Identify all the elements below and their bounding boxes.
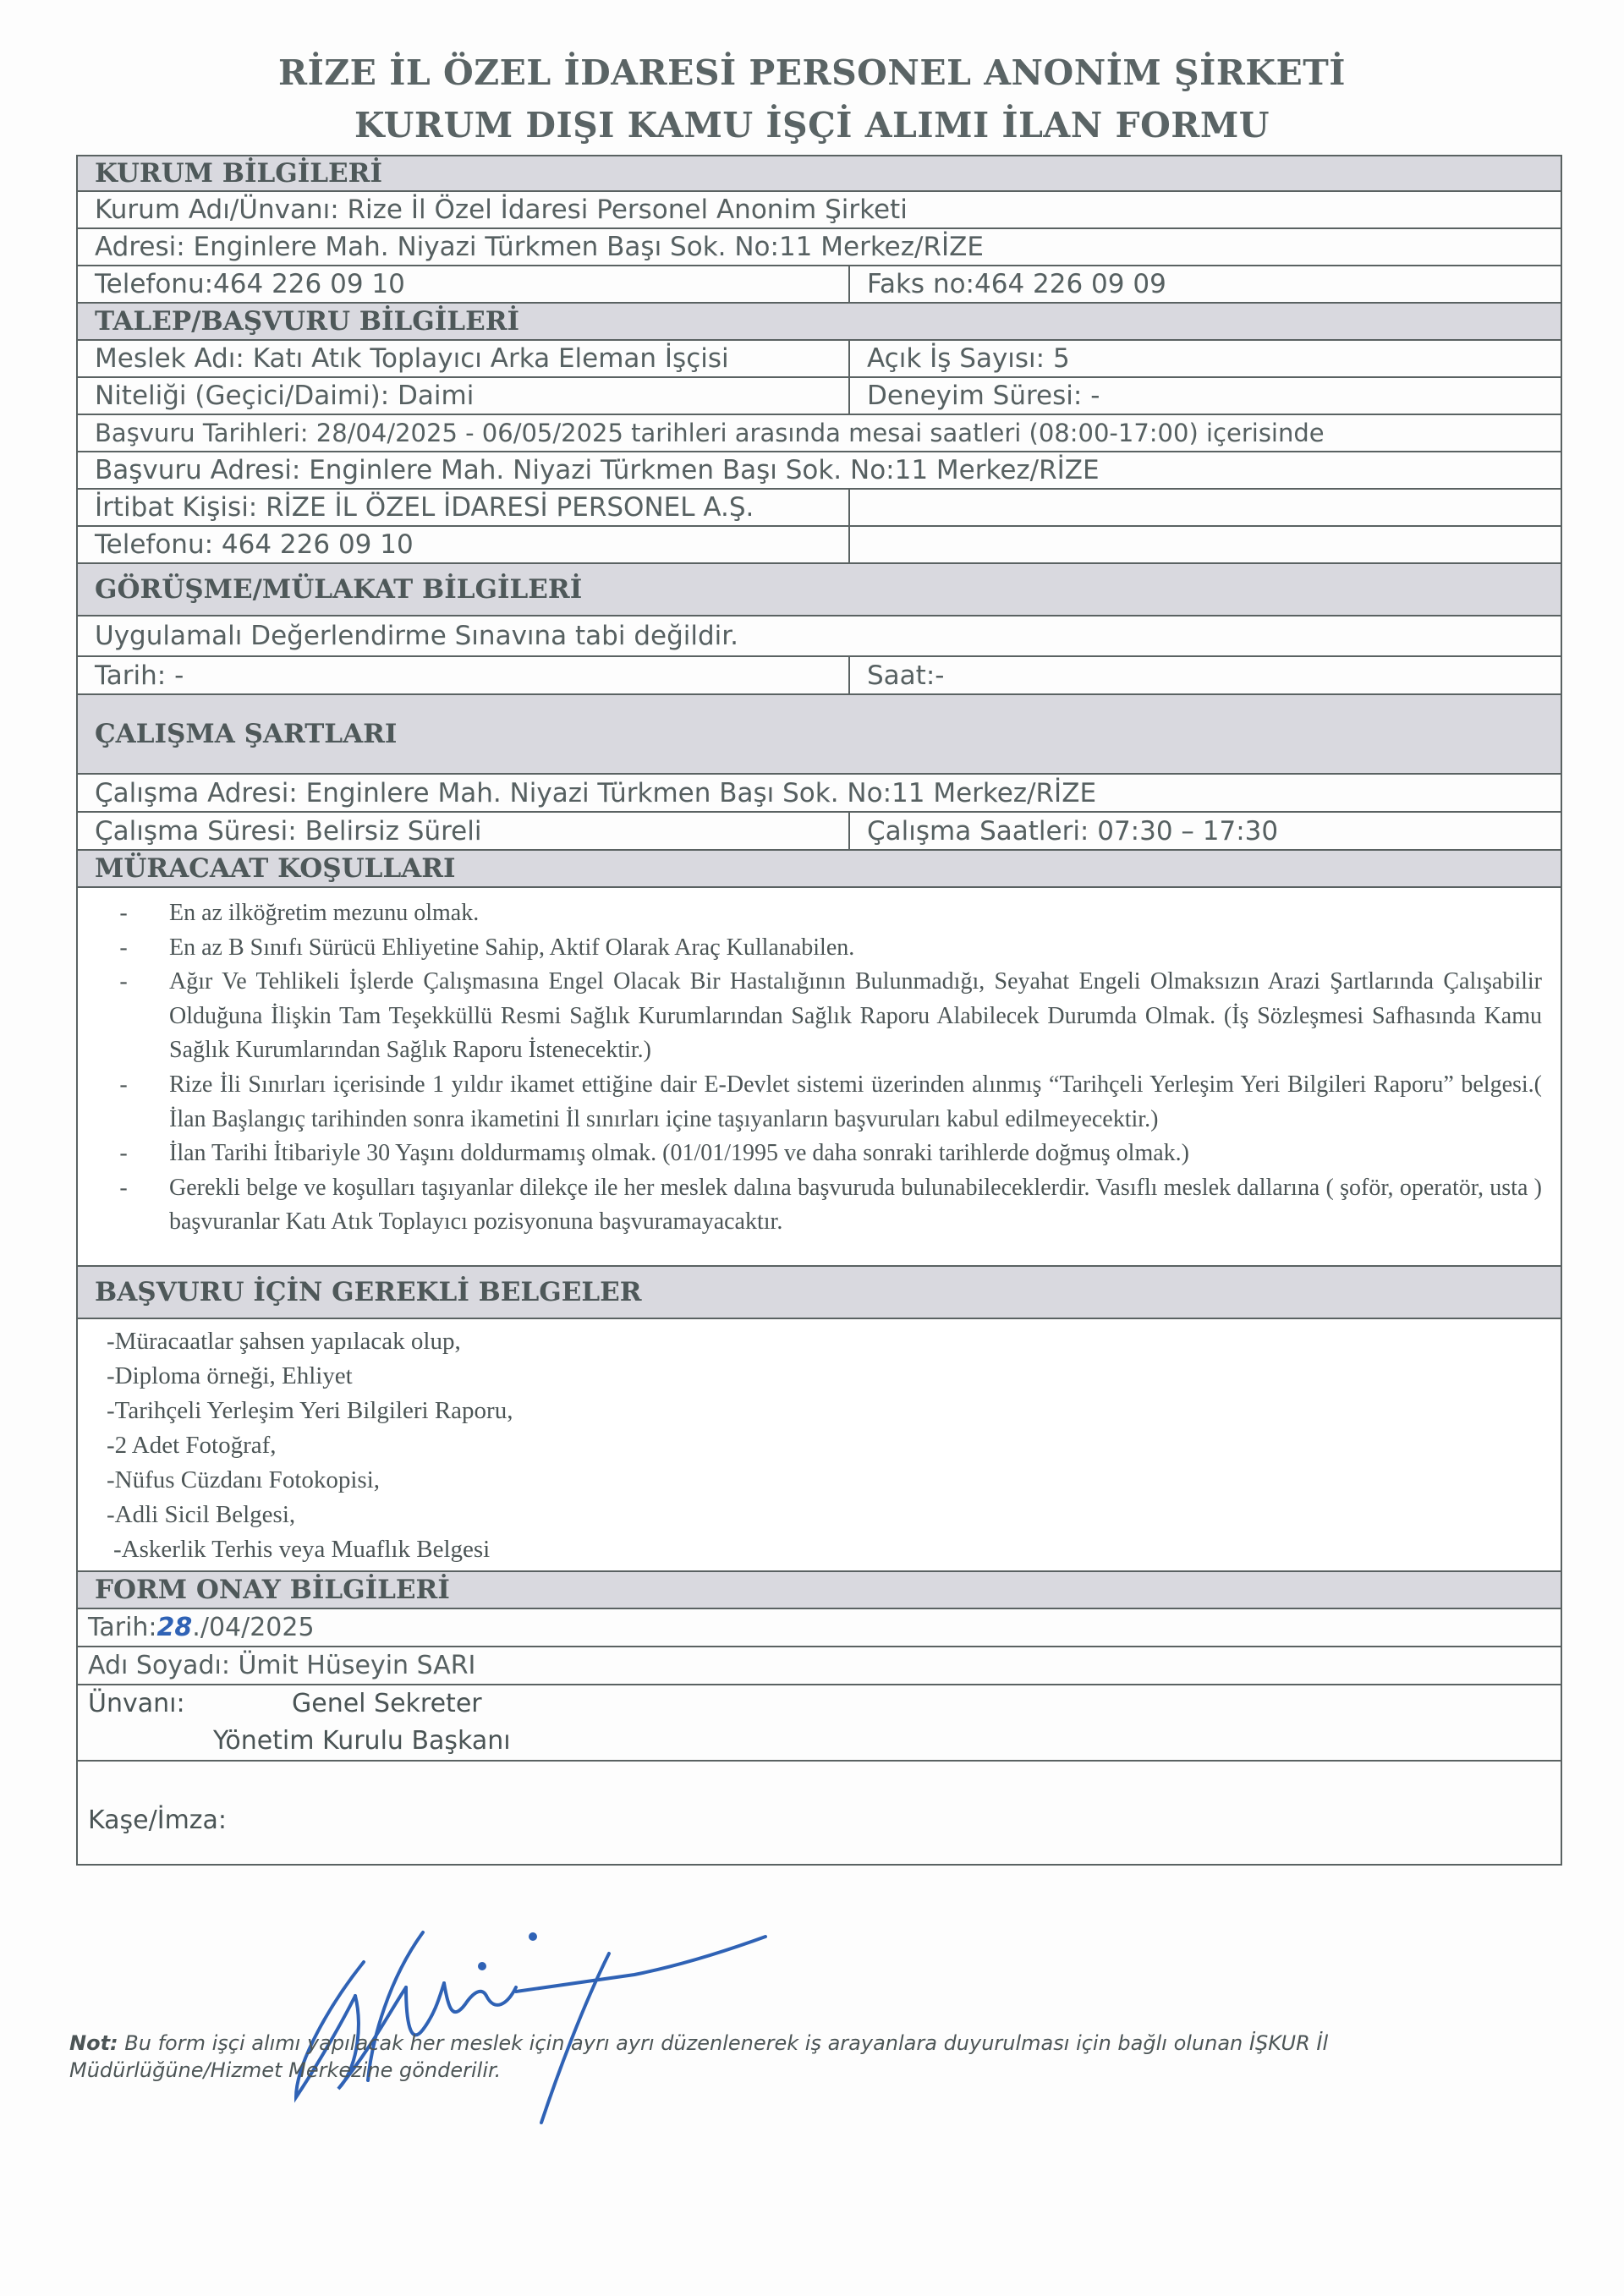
kurum-telefon: Telefonu:464 226 09 10 [78,266,850,302]
unvan-label: Ünvanı: [88,1689,185,1718]
unvan-value-2: Yönetim Kurulu Başkanı [213,1726,511,1756]
form-row: Kaşe/İmza: [78,1762,1561,1866]
form-row: Tarih:28./04/2025 [78,1609,1561,1647]
deneyim-suresi: Deneyim Süresi: - [850,378,1561,414]
list-item: -Rize İli Sınırları içerisinde 1 yıldır … [78,1068,1542,1137]
kurum-adres: Adresi: Enginlere Mah. Niyazi Türkmen Ba… [78,229,1561,265]
form-row: Niteliği (Geçici/Daimi): Daimi Deneyim S… [78,378,1561,415]
calisma-suresi: Çalışma Süresi: Belirsiz Süreli [78,813,850,849]
list-item: -Tarihçeli Yerleşim Yeri Bilgileri Rapor… [107,1394,1561,1428]
gorusme-saat: Saat:- [850,657,1561,693]
signature-icon [279,1903,787,2131]
document-title-line2: KURUM DIŞI KAMU İŞÇİ ALIMI İLAN FORMU [0,105,1624,145]
section-header-belgeler: BAŞVURU İÇİN GEREKLİ BELGELER [78,1267,1561,1319]
section-title: TALEP/BAŞVURU BİLGİLERİ [78,304,1561,339]
kurum-faks: Faks no:464 226 09 09 [850,266,1561,302]
sinav-bilgisi: Uygulamalı Değerlendirme Sınavına tabi d… [78,616,1561,655]
note-text: Bu form işçi alımı yapılacak her meslek … [69,2031,1328,2082]
list-item: -En az ilköğretim mezunu olmak. [78,896,1542,931]
meslek-adi: Meslek Adı: Katı Atık Toplayıcı Arka Ele… [78,341,850,376]
form-row: Tarih: - Saat:- [78,657,1561,695]
empty-cell [850,490,1561,525]
kurum-adi: Kurum Adı/Ünvanı: Rize İl Özel İdaresi P… [78,192,1561,227]
onay-tarih: Tarih:28./04/2025 [78,1609,1561,1646]
section-title: FORM ONAY BİLGİLERİ [78,1572,1561,1608]
form-row: İrtibat Kişisi: RİZE İL ÖZEL İDARESİ PER… [78,490,1561,527]
list-item: -Gerekli belge ve koşulları taşıyanlar d… [78,1171,1542,1240]
section-header-muracaat: MÜRACAAT KOŞULLARI [78,851,1561,888]
irtibat-kisisi: İrtibat Kişisi: RİZE İL ÖZEL İDARESİ PER… [78,490,850,525]
form-row: Meslek Adı: Katı Atık Toplayıcı Arka Ele… [78,341,1561,378]
document-page: RİZE İL ÖZEL İDARESİ PERSONEL ANONİM ŞİR… [0,0,1624,2296]
list-item: -En az B Sınıfı Sürücü Ehliyetine Sahip,… [78,931,1542,966]
form-row: Başvuru Tarihleri: 28/04/2025 - 06/05/20… [78,415,1561,452]
form-row: Çalışma Adresi: Enginlere Mah. Niyazi Tü… [78,775,1561,813]
section-title: KURUM BİLGİLERİ [78,156,1561,190]
job-posting-form: KURUM BİLGİLERİ Kurum Adı/Ünvanı: Rize İ… [76,155,1562,1866]
section-header-gorusme: GÖRÜŞME/MÜLAKAT BİLGİLERİ [78,564,1561,616]
section-title: BAŞVURU İÇİN GEREKLİ BELGELER [78,1267,1561,1318]
footnote: Not: Bu form işçi alımı yapılacak her me… [69,2030,1507,2084]
form-row: Adı Soyadı: Ümit Hüseyin SARI [78,1647,1561,1685]
list-item: -Askerlik Terhis veya Muaflık Belgesi [107,1532,1561,1567]
list-item: -İlan Tarihi İtibariyle 30 Yaşını doldur… [78,1137,1542,1171]
list-item: -Diploma örneği, Ehliyet [107,1359,1561,1394]
list-item: -Nüfus Cüzdanı Fotokopisi, [107,1463,1561,1498]
section-header-talep: TALEP/BAŞVURU BİLGİLERİ [78,304,1561,341]
section-header-calisma: ÇALIŞMA ŞARTLARI [78,695,1561,775]
niteligi: Niteliği (Geçici/Daimi): Daimi [78,378,850,414]
list-item: -Adli Sicil Belgesi, [107,1498,1561,1532]
document-title-line1: RİZE İL ÖZEL İDARESİ PERSONEL ANONİM ŞİR… [0,52,1624,93]
acik-is-sayisi: Açık İş Sayısı: 5 [850,341,1561,376]
form-row: Ünvanı: Genel Sekreter Yönetim Kurulu Ba… [78,1685,1561,1762]
form-row: Telefonu:464 226 09 10 Faks no:464 226 0… [78,266,1561,304]
form-row: Telefonu: 464 226 09 10 [78,527,1561,564]
form-row: Adresi: Enginlere Mah. Niyazi Türkmen Ba… [78,229,1561,266]
form-row: Çalışma Süresi: Belirsiz Süreli Çalışma … [78,813,1561,851]
section-title: MÜRACAAT KOŞULLARI [78,851,1561,886]
section-header-onay: FORM ONAY BİLGİLERİ [78,1572,1561,1609]
irtibat-telefon: Telefonu: 464 226 09 10 [78,527,850,562]
section-header-kurum: KURUM BİLGİLERİ [78,155,1561,192]
required-documents-list: -Müracaatlar şahsen yapılacak olup, -Dip… [78,1319,1561,1572]
basvuru-adresi: Başvuru Adresi: Enginlere Mah. Niyazi Tü… [78,452,1561,488]
form-row: Kurum Adı/Ünvanı: Rize İl Özel İdaresi P… [78,192,1561,229]
conditions-list: -En az ilköğretim mezunu olmak. -En az B… [78,888,1561,1267]
unvan-value-1: Genel Sekreter [292,1689,482,1718]
section-title: GÖRÜŞME/MÜLAKAT BİLGİLERİ [78,564,1561,615]
calisma-adresi: Çalışma Adresi: Enginlere Mah. Niyazi Tü… [78,775,1561,811]
form-row: Uygulamalı Değerlendirme Sınavına tabi d… [78,616,1561,657]
list-item: -2 Adet Fotoğraf, [107,1428,1561,1463]
section-title: ÇALIŞMA ŞARTLARI [78,695,1561,773]
basvuru-tarihleri: Başvuru Tarihleri: 28/04/2025 - 06/05/20… [78,415,1561,451]
gorusme-tarih: Tarih: - [78,657,850,693]
list-item: -Ağır Ve Tehlikeli İşlerde Çalışmasına E… [78,965,1542,1068]
calisma-saatleri: Çalışma Saatleri: 07:30 – 17:30 [850,813,1561,849]
onay-adi-soyadi: Adı Soyadı: Ümit Hüseyin SARI [78,1647,1561,1684]
note-label: Not: [69,2031,118,2055]
kase-imza-label: Kaşe/İmza: [88,1806,227,1835]
list-item: -Müracaatlar şahsen yapılacak olup, [107,1324,1561,1359]
handwritten-day: 28 [157,1613,193,1642]
empty-cell [850,527,1561,562]
form-row: Başvuru Adresi: Enginlere Mah. Niyazi Tü… [78,452,1561,490]
